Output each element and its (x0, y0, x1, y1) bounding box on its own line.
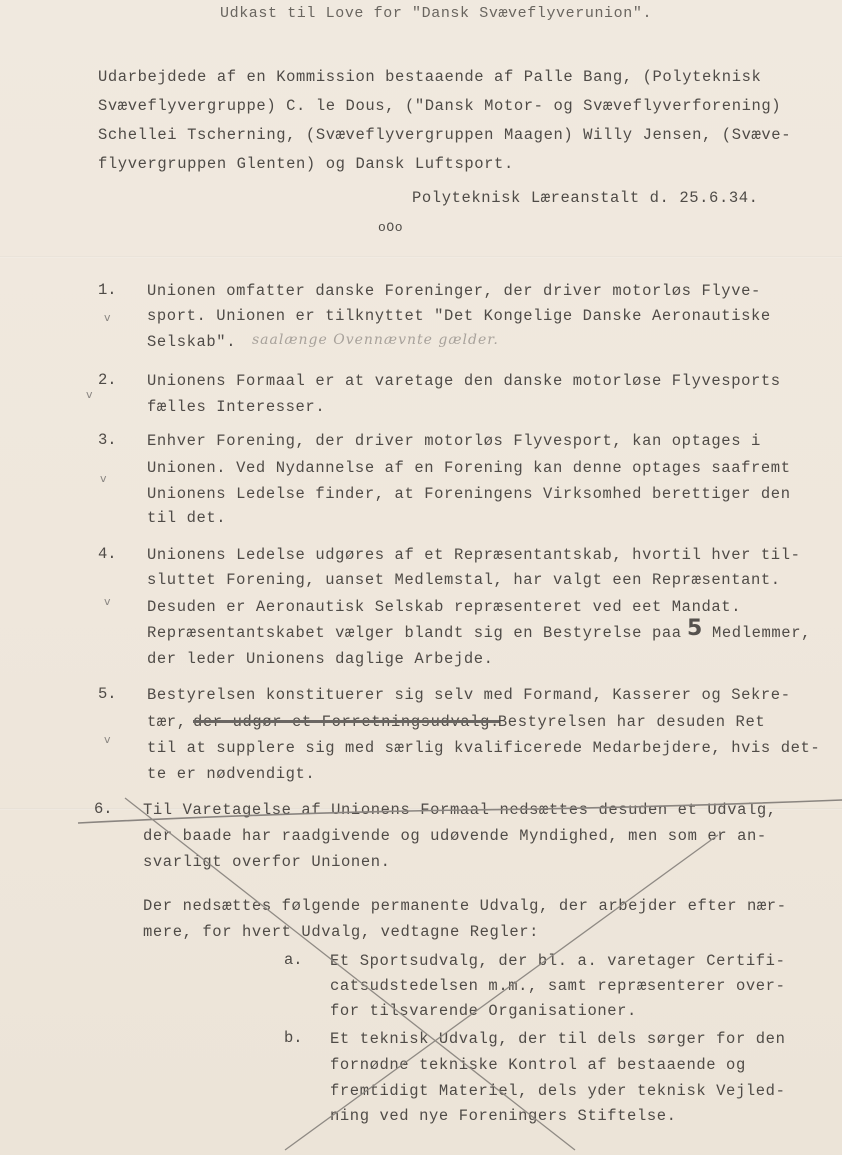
section-6-line: svarligt overfor Unionen. (143, 852, 391, 872)
subitem-a-line: Et Sportsudvalg, der bl. a. varetager Ce… (330, 951, 785, 971)
section-2-line: Unionens Formaal er at varetage den dans… (147, 371, 781, 391)
subitem-b-line: ning ved nye Foreningers Stiftelse. (330, 1106, 677, 1126)
section-number: 1. (98, 281, 117, 299)
section-4-line: Desuden er Aeronautisk Selskab repræsent… (147, 597, 741, 617)
section-number: 6. (94, 800, 113, 818)
section-4-line: Repræsentantskabet vælger blandt sig en … (147, 623, 682, 643)
section-number: 5. (98, 685, 117, 703)
section-1-line: Unionen omfatter danske Foreninger, der … (147, 281, 761, 301)
section-1-line: Selskab". (147, 332, 236, 352)
section-6-paragraph-line: mere, for hvert Udvalg, vedtagne Regler: (143, 922, 539, 942)
section-4-line: Unionens Ledelse udgøres af et Repræsent… (147, 545, 801, 565)
section-3-line: Unionen. Ved Nydannelse af en Forening k… (147, 458, 791, 478)
check-mark-icon: v (104, 733, 111, 746)
section-5-line: tær, (147, 712, 187, 732)
check-mark-icon: v (100, 472, 107, 485)
document-title: Udkast til Love for "Dansk Svæveflyverun… (220, 4, 652, 24)
subitem-b-line: fornødne tekniske Kontrol af bestaaende … (330, 1055, 746, 1075)
paper-fold (0, 256, 842, 258)
subitem-b-line: fremtidigt Materiel, dels yder teknisk V… (330, 1081, 785, 1101)
subitem-a-line: for tilsvarende Organisationer. (330, 1001, 637, 1021)
handwritten-number: 5 (687, 616, 702, 641)
subitem-label: a. (284, 951, 303, 969)
section-5-line: Bestyrelsen konstituerer sig selv med Fo… (147, 685, 791, 705)
separator: oOo (378, 218, 403, 238)
section-4-line-suffix: Medlemmer, (712, 623, 811, 643)
section-number: 4. (98, 545, 117, 563)
section-3-line: til det. (147, 508, 226, 528)
section-number: 2. (98, 371, 117, 389)
check-mark-icon: v (86, 388, 93, 401)
subitem-a-line: catsudstedelsen m.m., samt repræsenterer… (330, 976, 785, 996)
section-4-line: sluttet Forening, uanset Medlemstal, har… (147, 570, 781, 590)
section-6-line: Til Varetagelse af Unionens Formaal neds… (143, 800, 777, 820)
intro-line: Svæveflyvergruppe) C. le Dous, ("Dansk M… (98, 96, 781, 116)
section-5-line-suffix: Bestyrelsen har desuden Ret (488, 712, 765, 732)
check-mark-icon: v (104, 311, 111, 324)
check-mark-icon: v (104, 595, 111, 608)
place-date: Polyteknisk Læreanstalt d. 25.6.34. (412, 188, 759, 208)
section-3-line: Enhver Forening, der driver motorløs Fly… (147, 431, 761, 451)
section-5-line: til at supplere sig med særlig kvalifice… (147, 738, 820, 758)
section-1-line: sport. Unionen er tilknyttet "Det Kongel… (147, 306, 771, 326)
intro-line: Udarbejdede af en Kommission bestaaende … (98, 67, 761, 87)
intro-line: Schellei Tscherning, (Svæveflyvergruppen… (98, 125, 791, 145)
section-6-line: der baade har raadgivende og udøvende My… (143, 826, 767, 846)
intro-line: flyvergruppen Glenten) og Dansk Luftspor… (98, 154, 514, 174)
section-4-line: der leder Unionens daglige Arbejde. (147, 649, 494, 669)
section-6-paragraph-line: Der nedsættes følgende permanente Udvalg… (143, 896, 787, 916)
section-5-line: te er nødvendigt. (147, 764, 315, 784)
struck-text: der udgør et Forretningsudvalg. (193, 712, 500, 732)
section-2-line: fælles Interesser. (147, 397, 325, 417)
subitem-label: b. (284, 1029, 303, 1047)
subitem-b-line: Et teknisk Udvalg, der til dels sørger f… (330, 1029, 785, 1049)
section-3-line: Unionens Ledelse finder, at Foreningens … (147, 484, 791, 504)
section-number: 3. (98, 431, 117, 449)
handwritten-note: saalænge Ovennævnte gælder. (252, 332, 499, 348)
